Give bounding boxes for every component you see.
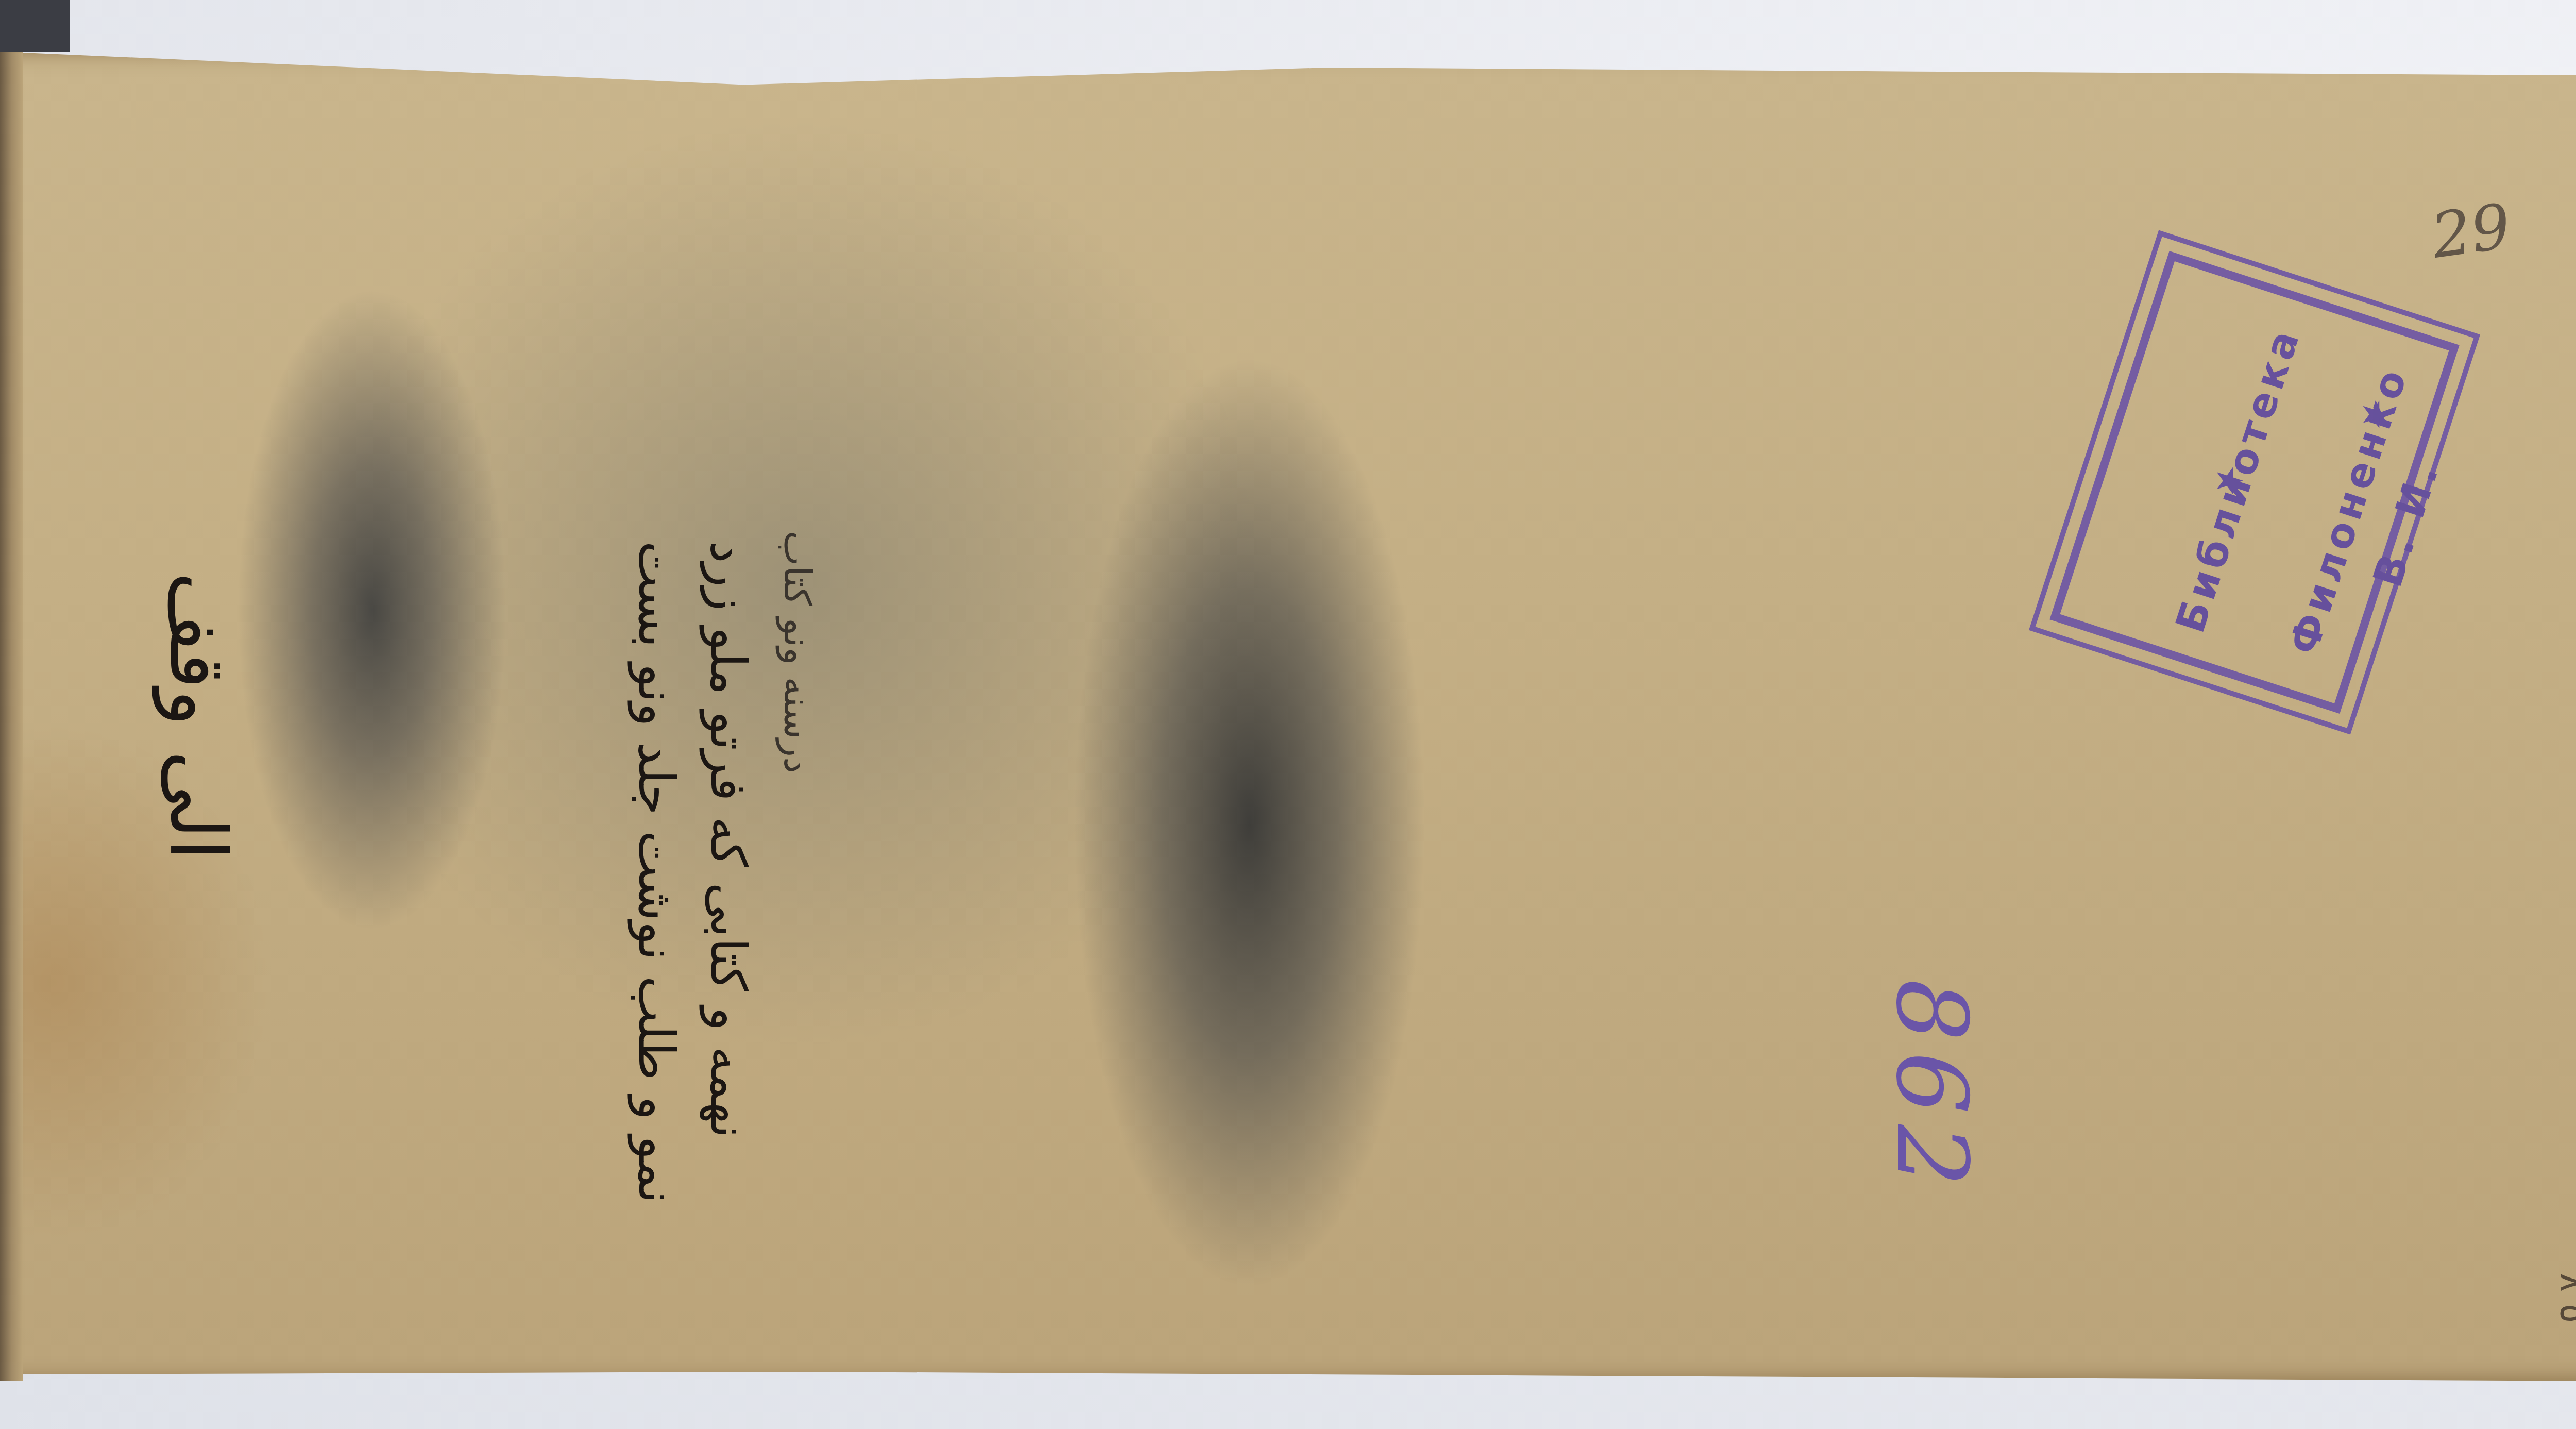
manuscript-page: [0, 52, 2576, 1381]
shelf-number: 862: [1875, 979, 1989, 1197]
script-line-1: نمو و طلب نوشت جلد ونو بست: [628, 541, 685, 1204]
binding-gutter: [0, 52, 23, 1381]
script-line-3: درسنه ونو کتاب: [776, 531, 819, 774]
folio-number: 29: [2427, 191, 2515, 273]
script-heading: الى وقف: [152, 572, 242, 861]
script-line-2: نهمه و کتابی که فرتو ملو زرد: [700, 541, 757, 1138]
corner-mark: ٥ ٨: [2552, 1273, 2576, 1323]
scanner-holder-corner: [0, 0, 70, 52]
